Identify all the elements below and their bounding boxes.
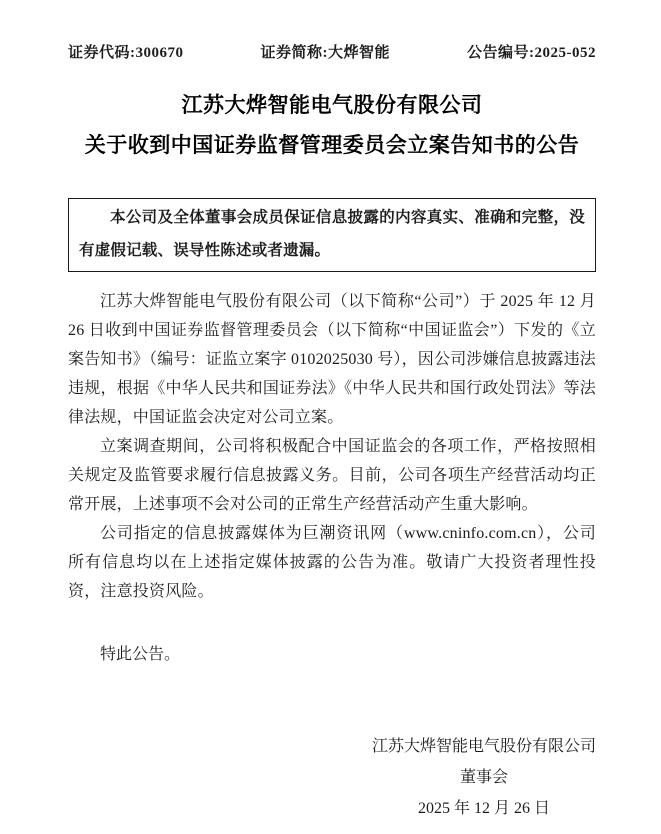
body-text: 江苏大烨智能电气股份有限公司（以下简称“公司”）于 2025 年 12 月 26…: [68, 287, 596, 606]
signature-block: 江苏大烨智能电气股份有限公司 董事会 2025 年 12 月 26 日: [372, 731, 596, 824]
paragraph-disclosure-media: 公司指定的信息披露媒体为巨潮资讯网（www.cninfo.com.cn），公司所…: [68, 519, 596, 606]
document-header: 证券代码:300670 证券简称:大烨智能 公告编号:2025-052: [68, 44, 596, 62]
signature-board: 董事会: [372, 762, 596, 793]
stock-code: 证券代码:300670: [68, 44, 184, 62]
announcement-number: 公告编号:2025-052: [467, 44, 596, 62]
announcement-page: 证券代码:300670 证券简称:大烨智能 公告编号:2025-052 江苏大烨…: [0, 0, 661, 834]
company-name-title: 江苏大烨智能电气股份有限公司: [68, 86, 596, 126]
announcement-title: 关于收到中国证券监督管理委员会立案告知书的公告: [68, 126, 596, 166]
paragraph-cooperation: 立案调查期间，公司将积极配合中国证监会的各项工作，严格按照相关规定及监管要求履行…: [68, 432, 596, 519]
signature-company: 江苏大烨智能电气股份有限公司: [372, 731, 596, 762]
stock-name: 证券简称:大烨智能: [261, 44, 391, 62]
signature-date: 2025 年 12 月 26 日: [372, 793, 596, 824]
paragraph-case-filing: 江苏大烨智能电气股份有限公司（以下简称“公司”）于 2025 年 12 月 26…: [68, 287, 596, 432]
closing-statement: 特此公告。: [68, 640, 596, 669]
disclaimer-box: 本公司及全体董事会成员保证信息披露的内容真实、准确和完整，没有虚假记载、误导性陈…: [68, 198, 596, 272]
title-block: 江苏大烨智能电气股份有限公司 关于收到中国证券监督管理委员会立案告知书的公告: [68, 86, 596, 166]
disclaimer-text: 本公司及全体董事会成员保证信息披露的内容真实、准确和完整，没有虚假记载、误导性陈…: [79, 201, 585, 267]
